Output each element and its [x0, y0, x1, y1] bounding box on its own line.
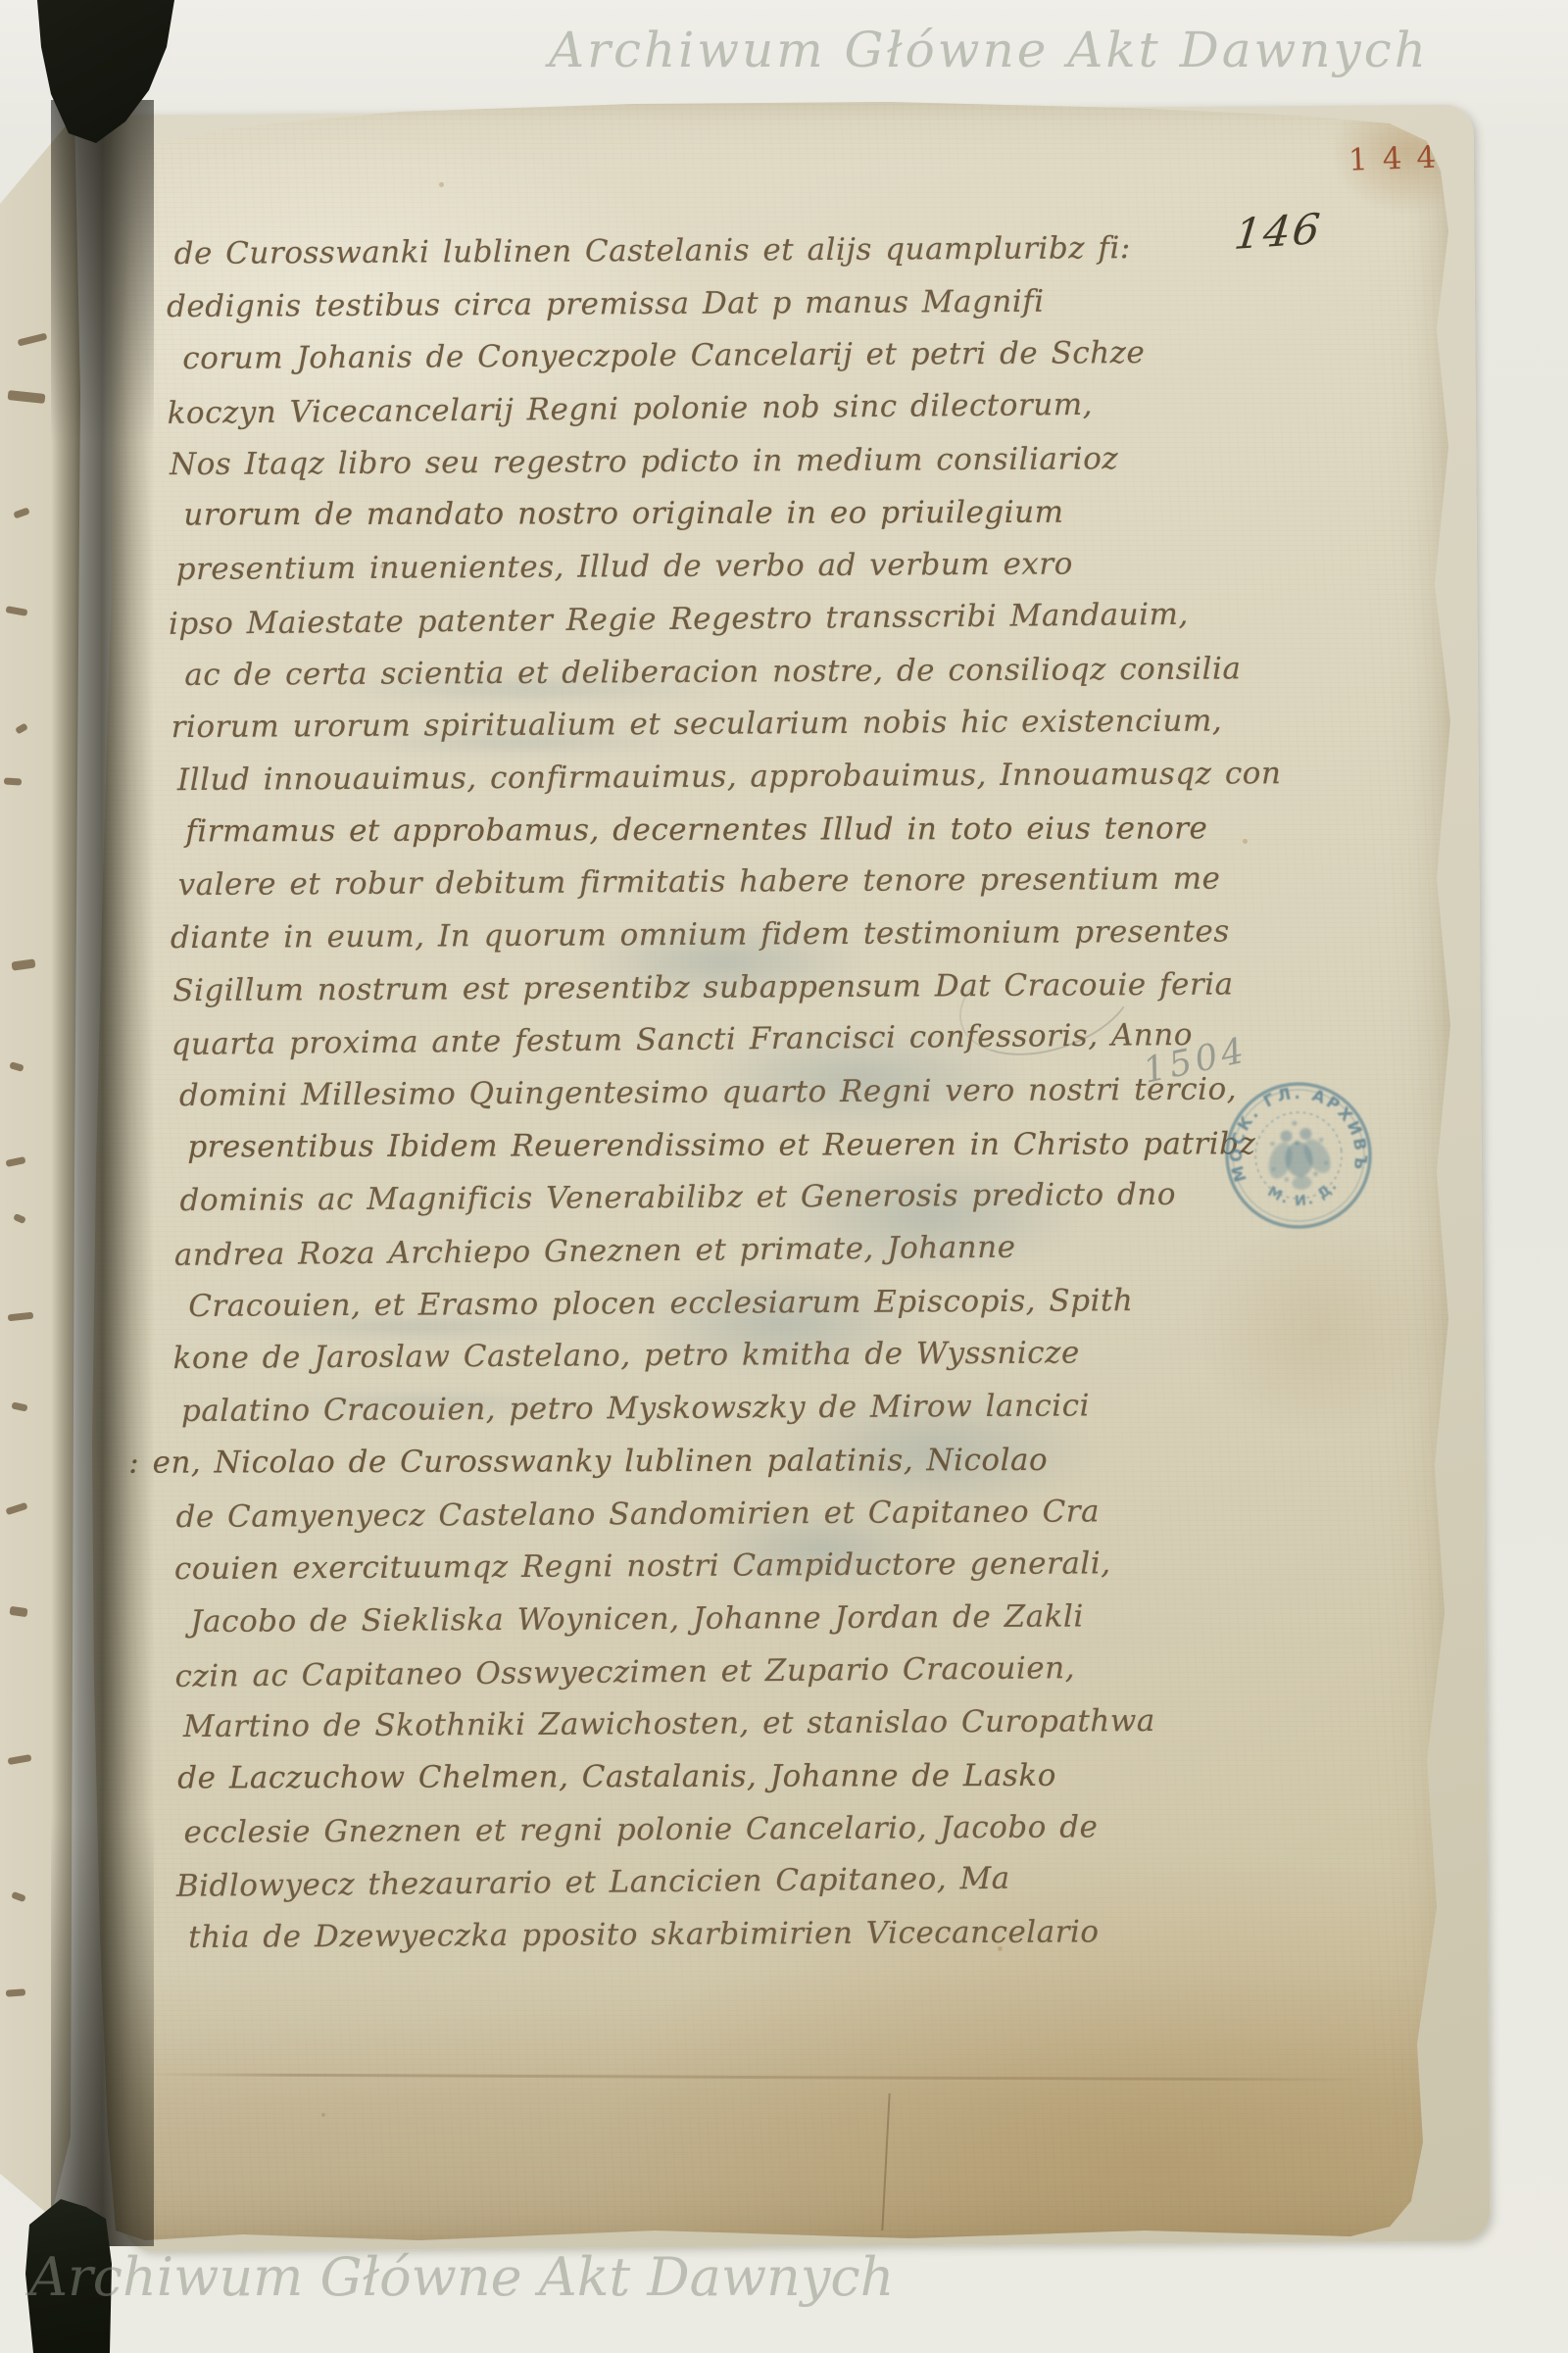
- facing-page-ink-fragment: [18, 332, 48, 346]
- manuscript-line: czin ac Capitaneo Osswyeczimen et Zupari…: [174, 1649, 1174, 1711]
- manuscript-line: dominis ac Magnificis Venerabilibz et Ge…: [180, 1177, 1172, 1236]
- facing-page-ink-fragment: [6, 606, 28, 616]
- facing-page-ink-fragment: [15, 722, 28, 734]
- manuscript-line: ecclesie Gneznen et regni polonie Cancel…: [183, 1808, 1175, 1867]
- manuscript-text-block: de Curosswanki lublinen Castelanis et al…: [167, 230, 1177, 1973]
- facing-page-ink-fragment: [5, 1502, 27, 1515]
- stain: [1194, 1221, 1448, 1437]
- facing-page-ink-fragment: [6, 1988, 25, 1996]
- manuscript-line: : en, Nicolao de Curosswanky lublinen pa…: [128, 1442, 1173, 1497]
- facing-page-ink-fragment: [13, 1213, 26, 1224]
- manuscript-line: de Camyenyecz Castelano Sandomirien et C…: [175, 1493, 1173, 1551]
- fox-spot: [1243, 839, 1248, 844]
- manuscript-line: koczyn Vicecancelarij Regni polonie nob …: [168, 386, 1167, 448]
- manuscript-line: presentium inuenientes, Illud de verbo a…: [176, 546, 1168, 605]
- manuscript-line: domini Millesimo Quingentesimo quarto Re…: [179, 1072, 1171, 1131]
- crease-line: [145, 2073, 1370, 2081]
- manuscript-line: riorum urorum spiritualium et secularium…: [171, 704, 1169, 762]
- archive-watermark-bottom: Archiwum Główne Akt Dawnych: [29, 2246, 894, 2308]
- facing-page-ink-fragment: [13, 507, 29, 518]
- manuscript-line: corum Johanis de Conyeczpole Cancelarij …: [182, 335, 1166, 394]
- facing-page-edge: [0, 98, 88, 2254]
- facing-page-ink-fragment: [11, 1401, 27, 1411]
- manuscript-line: ac de certa scientia et deliberacion nos…: [184, 651, 1168, 710]
- manuscript-line: Bidlowyecz thezaurario et Lancicien Capi…: [176, 1859, 1176, 1921]
- paper-crack: [881, 2093, 890, 2230]
- manuscript-line: Cracouien, et Erasmo plocen ecclesiarum …: [188, 1283, 1172, 1342]
- facing-page-ink-fragment: [4, 777, 22, 785]
- fox-spot: [321, 2113, 325, 2117]
- manuscript-line: firmamus et approbamus, decernentes Illu…: [185, 810, 1169, 866]
- manuscript-page: 144 146 1504 de Curosswanki lublinen Cas…: [86, 94, 1458, 2250]
- fox-spot: [439, 182, 444, 187]
- manuscript-line: palatino Cracouien, petro Myskowszky de …: [181, 1388, 1173, 1446]
- manuscript-line: thia de Dzewyeczka pposito skarbimirien …: [188, 1914, 1176, 1973]
- facing-page-ink-fragment: [11, 1891, 26, 1902]
- manuscript-line: quarta proxima ante festum Sancti Franci…: [171, 1017, 1170, 1079]
- facing-page-ink-fragment: [9, 1061, 24, 1072]
- manuscript-line: ipso Maiestate patenter Regie Regestro t…: [169, 597, 1168, 659]
- facing-page-ink-fragment: [8, 1312, 34, 1322]
- manuscript-line: de Laczuchow Chelmen, Castalanis, Johann…: [177, 1757, 1175, 1813]
- manuscript-line: andrea Roza Archiepo Gneznen et primate,…: [174, 1228, 1172, 1290]
- folio-number-handwritten: 146: [1232, 205, 1324, 260]
- manuscript-line: kone de Jaroslaw Castelano, petro kmitha…: [172, 1335, 1172, 1394]
- facing-page-ink-fragment: [8, 390, 46, 404]
- manuscript-line: urorum de mandato nostro originale in eo…: [183, 495, 1167, 551]
- manuscript-line: Martino de Skothniki Zawichosten, et sta…: [183, 1703, 1175, 1762]
- facing-page-ink-fragment: [5, 1156, 25, 1167]
- facing-page-ink-fragment: [9, 1606, 27, 1617]
- manuscript-line: Sigillum nostrum est presentibz subappen…: [172, 967, 1170, 1026]
- manuscript-line: couien exercituumqz Regni nostri Campidu…: [174, 1545, 1174, 1604]
- archive-round-stamp: МОСК. ГЛ. АРХИВЪ М. И. Д.: [1215, 1072, 1382, 1239]
- facing-page-ink-fragment: [11, 958, 35, 970]
- manuscript-line: Jacobo de Siekliska Woynicen, Johanne Jo…: [190, 1598, 1174, 1657]
- manuscript-line: Nos Itaqz libro seu regestro pdicto in m…: [170, 441, 1167, 500]
- archive-watermark-top: Archiwum Główne Akt Dawnych: [549, 22, 1429, 78]
- manuscript-line: valere et robur debitum firmitatis haber…: [178, 861, 1170, 920]
- archival-scan: Archiwum Główne Akt Dawnych Archiwum Głó…: [0, 0, 1568, 2353]
- manuscript-line: diante in euum, In quorum omnium fidem t…: [171, 914, 1170, 973]
- manuscript-line: de Curosswanki lublinen Castelanis et al…: [174, 230, 1166, 289]
- manuscript-line: dedignis testibus circa premissa Dat p m…: [167, 283, 1166, 342]
- manuscript-line: Illud innouauimus, confirmauimus, approb…: [177, 757, 1169, 815]
- facing-page-ink-fragment: [8, 1754, 32, 1765]
- manuscript-line: presentibus Ibidem Reuerendissimo et Reu…: [187, 1126, 1171, 1182]
